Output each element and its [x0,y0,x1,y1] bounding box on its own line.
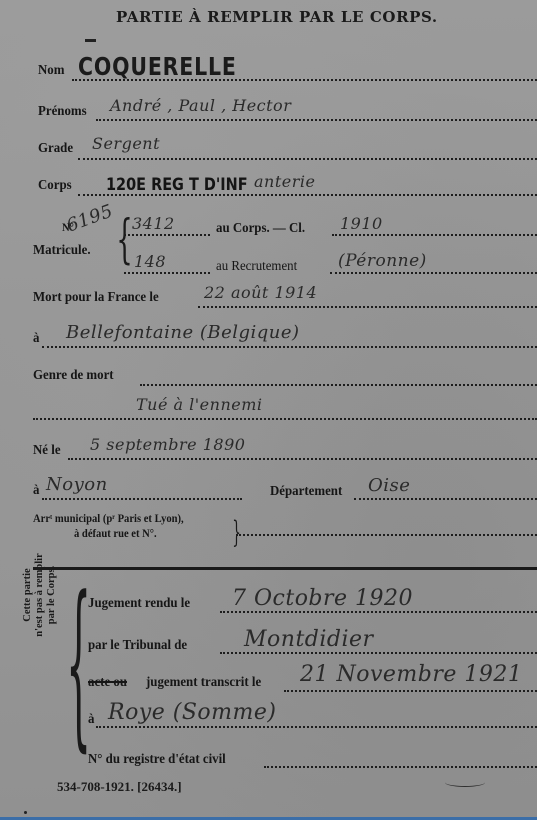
corps-handwritten: anterie [254,172,315,191]
transcrit-lieu-value: Roye (Somme) [108,700,276,725]
naissance-lieu-label: à [33,483,39,499]
classe-value: 1910 [340,214,383,233]
nom-value: COQUERELLE [78,52,237,81]
side-note-line1: Cette partie [22,530,34,660]
recrutement-number-dotted-line [124,272,210,274]
naissance-date-dotted-line [68,458,537,460]
transcrit-label: jugement transcrit le [146,675,261,691]
print-reference: 534-708-1921. [26434.] [57,779,182,795]
corps-number-dotted-line [124,234,210,236]
recrutement-label: au Recrutement [216,259,297,275]
naissance-date-label: Né le [33,443,61,459]
registre-label: N° du registre d'état civil [88,752,226,768]
mort-date-label: Mort pour la France le [33,290,159,306]
arrondissement-label-line2: à défaut rue et N°. [74,528,157,540]
form-header: PARTIE À REMPLIR PAR LE CORPS. [116,8,438,26]
tribunal-label: par le Tribunal de [88,638,187,654]
grade-label: Grade [38,141,73,157]
side-note-line2: n'est pas à remplir [34,530,46,660]
naissance-lieu-value: Noyon [46,474,108,495]
jugement-rendu-value: 7 Octobre 1920 [232,586,413,611]
genre-de-mort-dotted-line-1 [140,384,537,386]
transcrit-lieu-dotted-line [96,726,537,728]
tribunal-value: Montdidier [244,627,374,652]
corps-number-value: 3412 [132,214,175,233]
corps-label: Corps [38,178,72,194]
side-note: Cette partie n'est pas à remplir par le … [22,530,58,660]
mort-lieu-value: Bellefontaine (Belgique) [66,322,300,343]
mort-date-value: 22 août 1914 [204,283,317,302]
genre-de-mort-label: Genre de mort [33,368,114,384]
matricule-brace: { [116,210,133,270]
transcrit-dotted-line [284,690,537,692]
nom-label: Nom [38,63,64,79]
departement-dotted-line [354,498,537,500]
corps-stamp: 120E REG T D'INF [106,175,248,195]
arrondissement-brace: } [232,515,241,550]
mort-lieu-dotted-line [42,346,537,348]
ink-speck [24,811,27,814]
prenoms-dotted-line [96,119,537,121]
classe-dotted-line [332,234,537,236]
matricule-label: Matricule. [33,243,91,259]
grade-dotted-line [78,158,537,160]
section-separator [33,567,537,570]
recrutement-dotted-line [330,272,537,274]
jugement-rendu-dotted-line [220,611,537,613]
genre-de-mort-dotted-line-2 [33,418,537,420]
matricule-number-label: N° [62,222,74,234]
prenoms-label: Prénoms [38,104,87,120]
recrutement-number-value: 148 [134,252,166,271]
mort-date-dotted-line [198,306,537,308]
stray-pen-mark [445,778,485,787]
acte-ou-struck-label: acte ou [88,675,127,691]
side-note-line3: par le Corps. [46,530,58,660]
tribunal-dotted-line [220,652,537,654]
corps-class-label: au Corps. — Cl. [216,221,305,237]
grade-value: Sergent [92,134,160,153]
transcrit-value: 21 Novembre 1921 [300,662,522,687]
mort-lieu-label: à [33,331,39,347]
naissance-date-value: 5 septembre 1890 [90,435,245,454]
arrondissement-dotted-line [236,534,537,536]
departement-value: Oise [368,475,410,496]
jugement-rendu-label: Jugement rendu le [88,596,190,612]
registre-dotted-line [264,766,537,768]
recrutement-place-value: (Péronne) [338,251,427,271]
arrondissement-label-line1: Arrᵗ municipal (pʳ Paris et Lyon), [33,513,184,525]
genre-de-mort-value: Tué à l'ennemi [136,395,263,414]
naissance-lieu-dotted-line [42,498,242,500]
transcrit-lieu-label: à [88,712,94,728]
departement-label: Département [270,484,342,500]
prenoms-value: André , Paul , Hector [110,96,291,115]
decorative-dash [85,39,96,42]
document-scan: PARTIE À REMPLIR PAR LE CORPS. Nom COQUE… [0,0,537,817]
